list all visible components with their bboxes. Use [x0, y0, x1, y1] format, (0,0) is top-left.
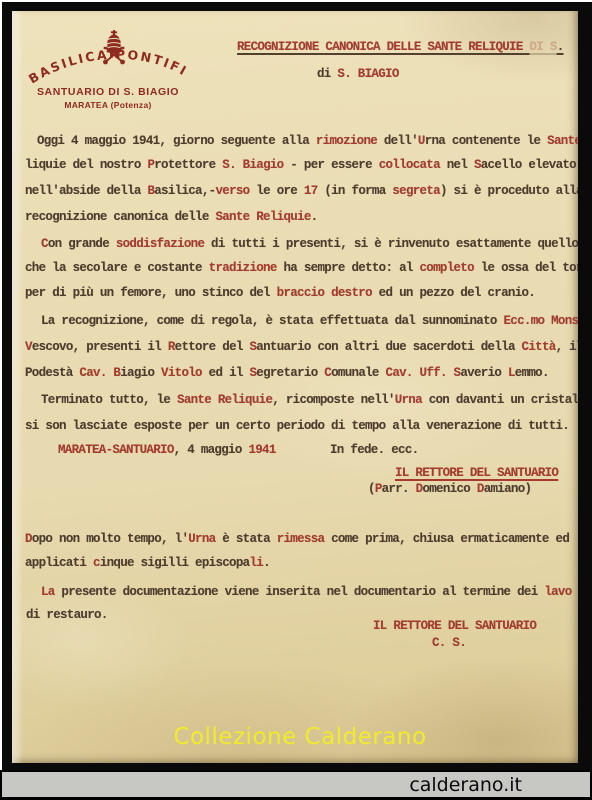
typewritten-line: Terminato tutto, le Sante Reliquie, rico… — [41, 393, 578, 408]
letterhead-arc-title: BASILICA PONTIFICIA — [28, 48, 188, 90]
typewritten-line: di restauro. — [26, 608, 108, 623]
typewritten-line: che la secolare e costante tradizione ha… — [25, 261, 578, 276]
scanned-document-photo: BASILICA PONTIFICIA SANTUARIO DI S. BIAG… — [0, 0, 592, 800]
typewritten-line: liquie del nostro Protettore S. Biagio -… — [25, 158, 576, 173]
collection-watermark: Collezione Calderano — [165, 724, 435, 750]
typewritten-line: recognizione canonica delle Sante Reliqu… — [25, 210, 317, 225]
typewritten-line: Con grande soddisfazione di tutti i pres… — [41, 237, 578, 252]
typewritten-line: nell'abside della Basilica,-verso le ore… — [25, 184, 578, 199]
typewritten-line: per di più un femore, uno stinco del bra… — [25, 286, 535, 301]
typewritten-line: si son lasciate esposte per un certo per… — [25, 419, 569, 434]
typewritten-line: La presente documentazione viene inserit… — [41, 585, 572, 600]
signature-role: IL RETTORE DEL SANTUARIO — [395, 466, 558, 481]
signature-role: IL RETTORE DEL SANTUARIO — [373, 619, 536, 634]
page-content: BASILICA PONTIFICIA SANTUARIO DI S. BIAG… — [12, 11, 578, 763]
letterhead-location: MARATEA (Potenza) — [18, 100, 198, 110]
typewritten-line: La recognizione, come di regola, è stata… — [41, 314, 578, 329]
typewritten-line: Oggi 4 maggio 1941, giorno seguente alla… — [37, 134, 578, 149]
in-fede-line: In fede. ecc. — [330, 443, 418, 458]
footer-bar: calderano.it — [0, 770, 592, 800]
svg-text:BASILICA PONTIFICIA: BASILICA PONTIFICIA — [28, 48, 188, 86]
scan-edge-left — [0, 0, 2, 770]
document-page: BASILICA PONTIFICIA SANTUARIO DI S. BIAG… — [12, 11, 578, 763]
letterhead-institution: SANTUARIO DI S. BIAGIO — [18, 86, 198, 98]
typewritten-line: Podestà Cav. Biagio Vitolo ed il Segreta… — [25, 366, 549, 381]
document-subtitle: di S. BIAGIO — [317, 67, 399, 82]
site-label: calderano.it — [409, 774, 522, 796]
typewritten-line: applicati cinque sigilli episcopali. — [25, 556, 270, 571]
scan-edge-top — [0, 0, 592, 2]
signature-name: (Parr. Domenico Damiano) — [368, 482, 531, 497]
typewritten-line: Vescovo, presenti il Rettore del Santuar… — [25, 340, 578, 355]
typewritten-line: Dopo non molto tempo, l'Urna è stata rim… — [25, 532, 569, 547]
document-title: RECOGNIZIONE CANONICA DELLE SANTE RELIQU… — [237, 40, 564, 55]
place-date-line: MARATEA-SANTUARIO, 4 maggio 1941 — [58, 443, 276, 458]
footer-bar-inner: calderano.it — [2, 772, 590, 797]
signature-initials: C. S. — [432, 636, 466, 651]
